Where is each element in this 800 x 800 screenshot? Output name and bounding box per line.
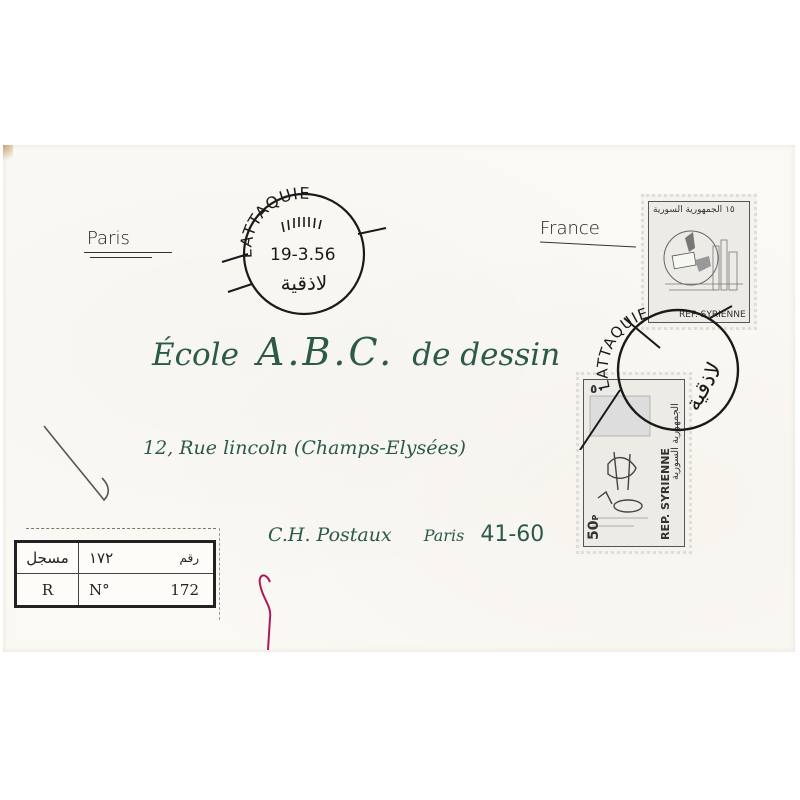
registration-number-label: N° <box>89 581 110 599</box>
city-underline <box>84 252 172 253</box>
recipient-word-dessin: de dessin <box>412 337 560 373</box>
city-underline-2 <box>90 257 152 258</box>
postal-account: C.H. Postaux Paris 41-60 <box>268 522 544 547</box>
recipient-initials: A.B.C. <box>257 330 394 374</box>
corner-stain <box>3 145 13 163</box>
pencil-check-mark <box>38 420 128 510</box>
postmark-lattaquie-dated: LATTAQUIE 19-3.56 لاذقية <box>218 180 388 320</box>
street-address: 12, Rue lincoln (Champs-Elysées) <box>143 437 466 459</box>
svg-text:19-3.56: 19-3.56 <box>270 245 336 265</box>
postal-prefix: C.H. Postaux <box>268 524 392 546</box>
recipient-name: ÉcoleA.B.C.de dessin <box>152 330 560 374</box>
registration-arabic-number-label: رقم <box>179 551 199 565</box>
recipient-word-ecole: École <box>152 337 239 373</box>
postmark-lattaquie-cancel: LATTAQUIE لاذقية <box>560 290 760 450</box>
country-label: France <box>540 218 600 239</box>
red-crayon-mark <box>254 566 284 656</box>
stamp-15p-arabic-header: ١٥ الجمهورية السورية <box>653 205 735 215</box>
postal-number: 41-60 <box>480 522 544 547</box>
city-label: Paris <box>87 228 130 249</box>
registration-letter: R <box>17 574 79 605</box>
registration-arabic-label: مسجل <box>17 543 79 574</box>
stamp-50p-value: 50P <box>586 515 602 540</box>
registration-perforation-top <box>26 528 216 529</box>
registration-arabic-number: ١٧٢ <box>89 549 113 567</box>
registration-number-row: N° 172 <box>79 574 213 605</box>
svg-text:لاذقية: لاذقية <box>681 358 728 415</box>
registration-number: 172 <box>170 581 199 599</box>
postal-city: Paris <box>424 526 465 545</box>
svg-text:لاذقية: لاذقية <box>281 271 328 295</box>
registration-label: مسجل ١٧٢ رقم R N° 172 <box>14 540 216 608</box>
registration-perforation-right <box>219 528 220 620</box>
registration-arabic-number-row: ١٧٢ رقم <box>79 543 213 574</box>
